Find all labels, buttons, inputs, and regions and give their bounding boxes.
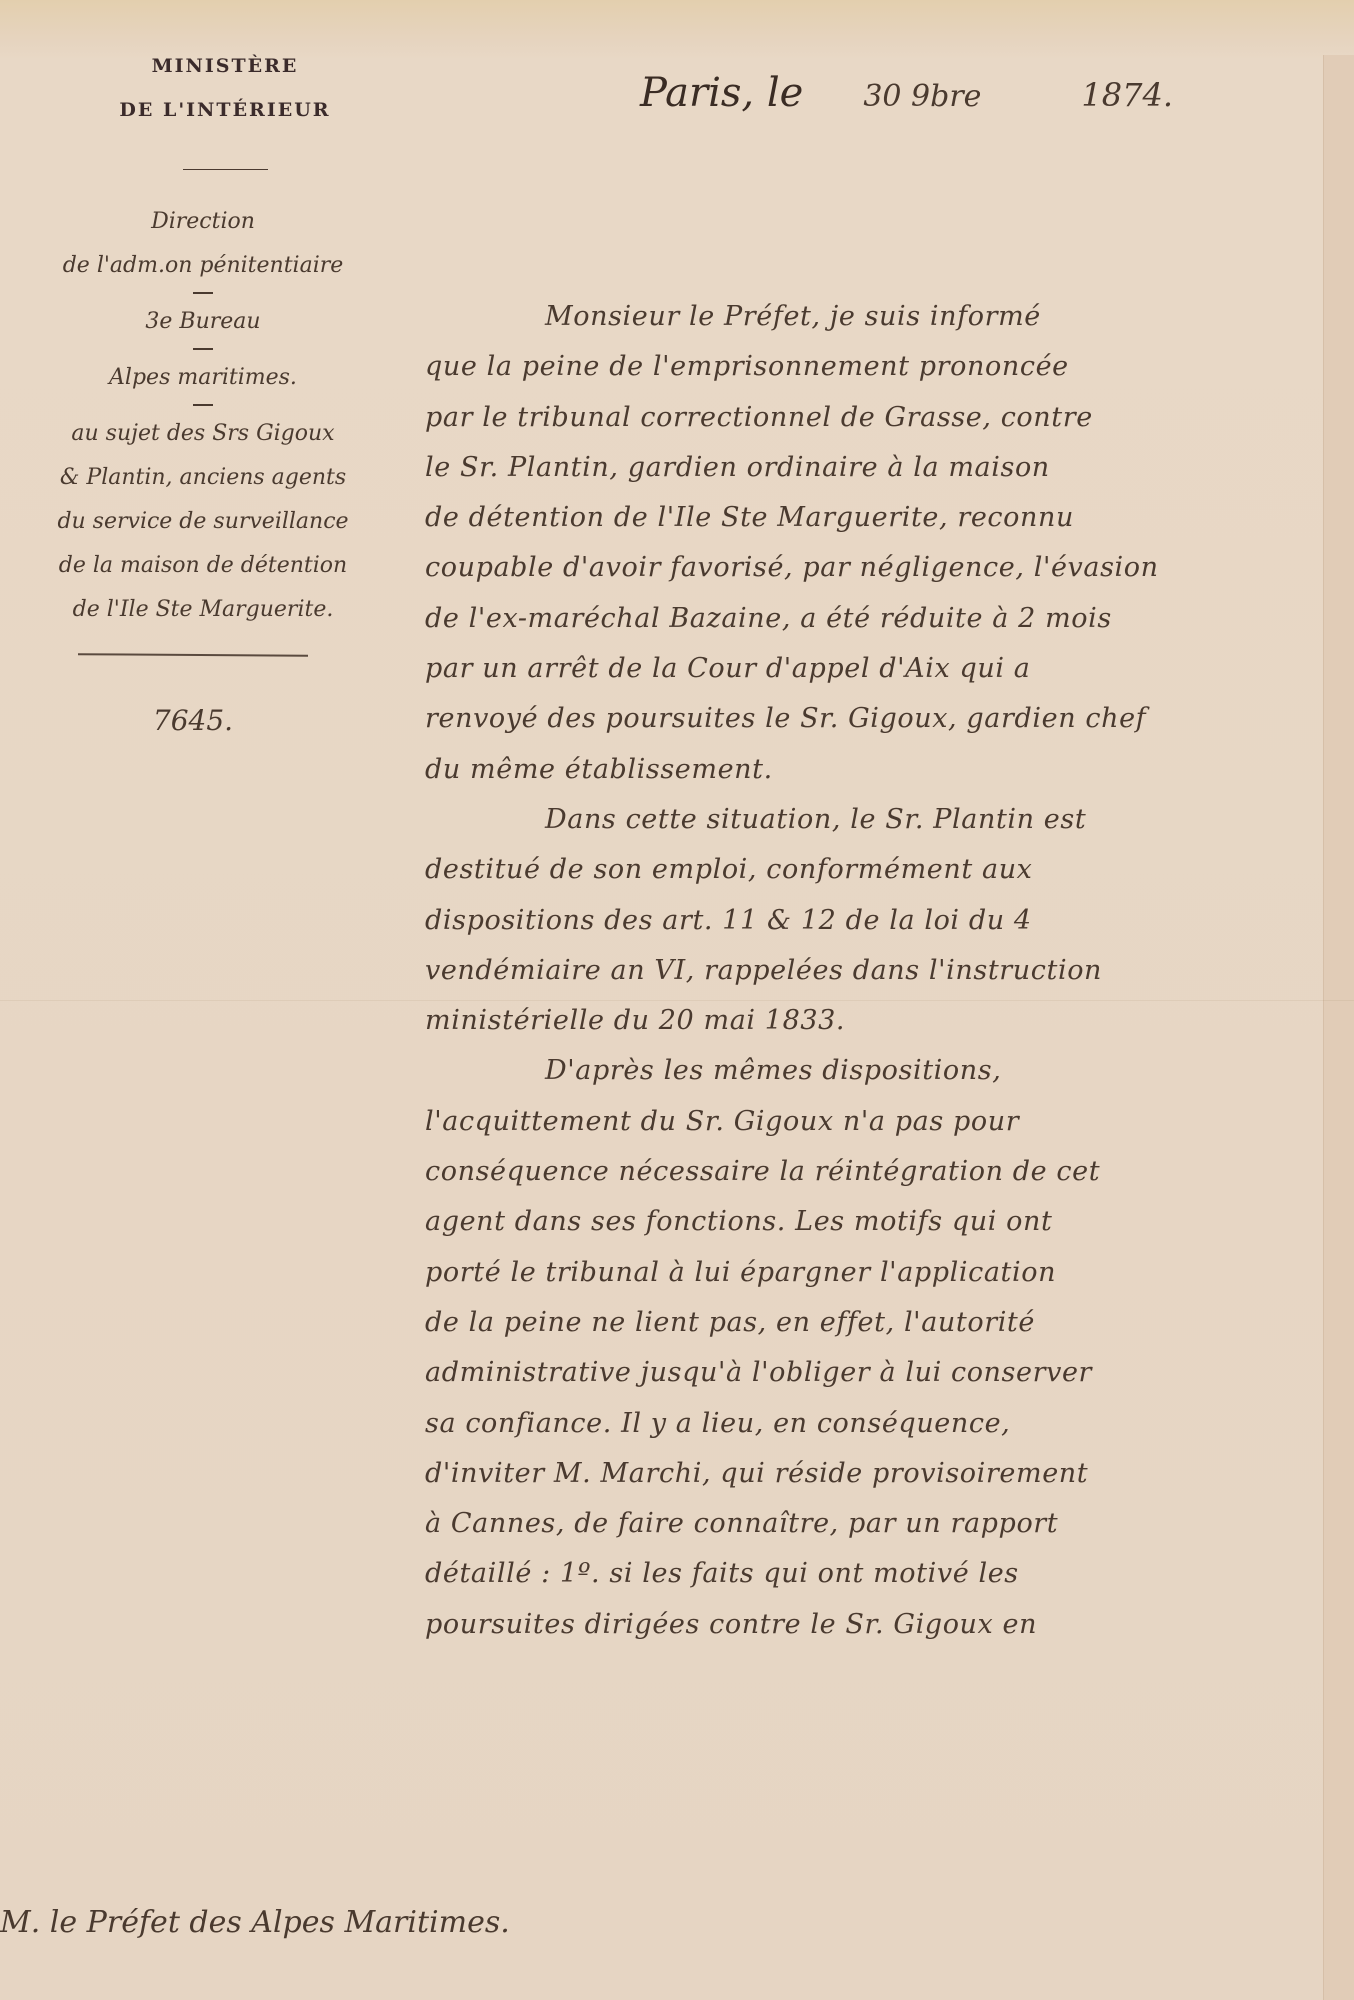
margin-subject-line: & Plantin, anciens agents <box>18 456 388 500</box>
margin-subject-line: de la maison de détention <box>18 544 388 588</box>
margin-dash <box>193 404 213 406</box>
body-line: par un arrêt de la Cour d'appel d'Aix qu… <box>425 644 1320 694</box>
margin-subject-line: de l'Ile Ste Marguerite. <box>18 588 388 632</box>
body-line: de la peine ne lient pas, en effet, l'au… <box>425 1298 1320 1348</box>
margin-bureau: 3e Bureau <box>18 300 388 344</box>
body-line: poursuites dirigées contre le Sr. Gigoux… <box>425 1600 1320 1650</box>
margin-subject-line: du service de surveillance <box>18 500 388 544</box>
body-line: ministérielle du 20 mai 1833. <box>425 996 1320 1046</box>
margin-rule <box>78 653 308 657</box>
body-line: Monsieur le Préfet, je suis informé <box>425 292 1320 342</box>
date-year: 1874. <box>1081 76 1173 114</box>
margin-notes: Direction de l'adm.on pénitentiaire 3e B… <box>18 200 388 737</box>
body-line: détaillé : 1º. si les faits qui ont moti… <box>425 1549 1320 1599</box>
body-line: renvoyé des poursuites le Sr. Gigoux, ga… <box>425 694 1320 744</box>
letterhead-interior: DE L'INTÉRIEUR <box>60 99 390 121</box>
body-line: le Sr. Plantin, gardien ordinaire à la m… <box>425 443 1320 493</box>
date-day-month: 30 9bre <box>863 79 981 114</box>
ornament-divider <box>183 159 268 170</box>
body-line: à Cannes, de faire connaître, par un rap… <box>425 1499 1320 1549</box>
body-line: vendémiaire an VI, rappelées dans l'inst… <box>425 946 1320 996</box>
body-line: l'acquittement du Sr. Gigoux n'a pas pou… <box>425 1097 1320 1147</box>
body-line: coupable d'avoir favorisé, par négligenc… <box>425 543 1320 593</box>
reference-number: 7645. <box>0 704 388 737</box>
body-line: par le tribunal correctionnel de Grasse,… <box>425 393 1320 443</box>
body-line: que la peine de l'emprisonnement prononc… <box>425 342 1320 392</box>
body-line: porté le tribunal à lui épargner l'appli… <box>425 1248 1320 1298</box>
date-place: Paris, le <box>640 70 803 116</box>
body-line: de détention de l'Ile Ste Marguerite, re… <box>425 493 1320 543</box>
body-line: sa confiance. Il y a lieu, en conséquenc… <box>425 1399 1320 1449</box>
margin-dash <box>193 348 213 350</box>
body-line: administrative jusqu'à l'obliger à lui c… <box>425 1348 1320 1398</box>
body-line: du même établissement. <box>425 745 1320 795</box>
body-line: destitué de son emploi, conformément aux <box>425 845 1320 895</box>
body-line: de l'ex-maréchal Bazaine, a été réduite … <box>425 594 1320 644</box>
body-line: Dans cette situation, le Sr. Plantin est <box>425 795 1320 845</box>
paper-edge <box>1323 55 1354 2000</box>
letterhead: MINISTÈRE DE L'INTÉRIEUR <box>60 55 390 170</box>
body-line: dispositions des art. 11 & 12 de la loi … <box>425 896 1320 946</box>
body-line: agent dans ses fonctions. Les motifs qui… <box>425 1197 1320 1247</box>
body-line: D'après les mêmes dispositions, <box>425 1046 1320 1096</box>
margin-subject-line: au sujet des Srs Gigoux <box>18 412 388 456</box>
letterhead-ministry: MINISTÈRE <box>60 55 390 77</box>
margin-dash <box>193 292 213 294</box>
margin-administration: de l'adm.on pénitentiaire <box>18 244 388 288</box>
body-line: conséquence nécessaire la réintégration … <box>425 1147 1320 1197</box>
margin-department: Alpes maritimes. <box>18 356 388 400</box>
letter-body: Monsieur le Préfet, je suis informé que … <box>425 292 1320 1650</box>
body-line: d'inviter M. Marchi, qui réside provisoi… <box>425 1449 1320 1499</box>
addressee: M. le Préfet des Alpes Maritimes. <box>0 1905 510 1940</box>
dateline: Paris, le 30 9bre 1874. <box>640 70 1280 116</box>
margin-direction: Direction <box>18 200 388 244</box>
